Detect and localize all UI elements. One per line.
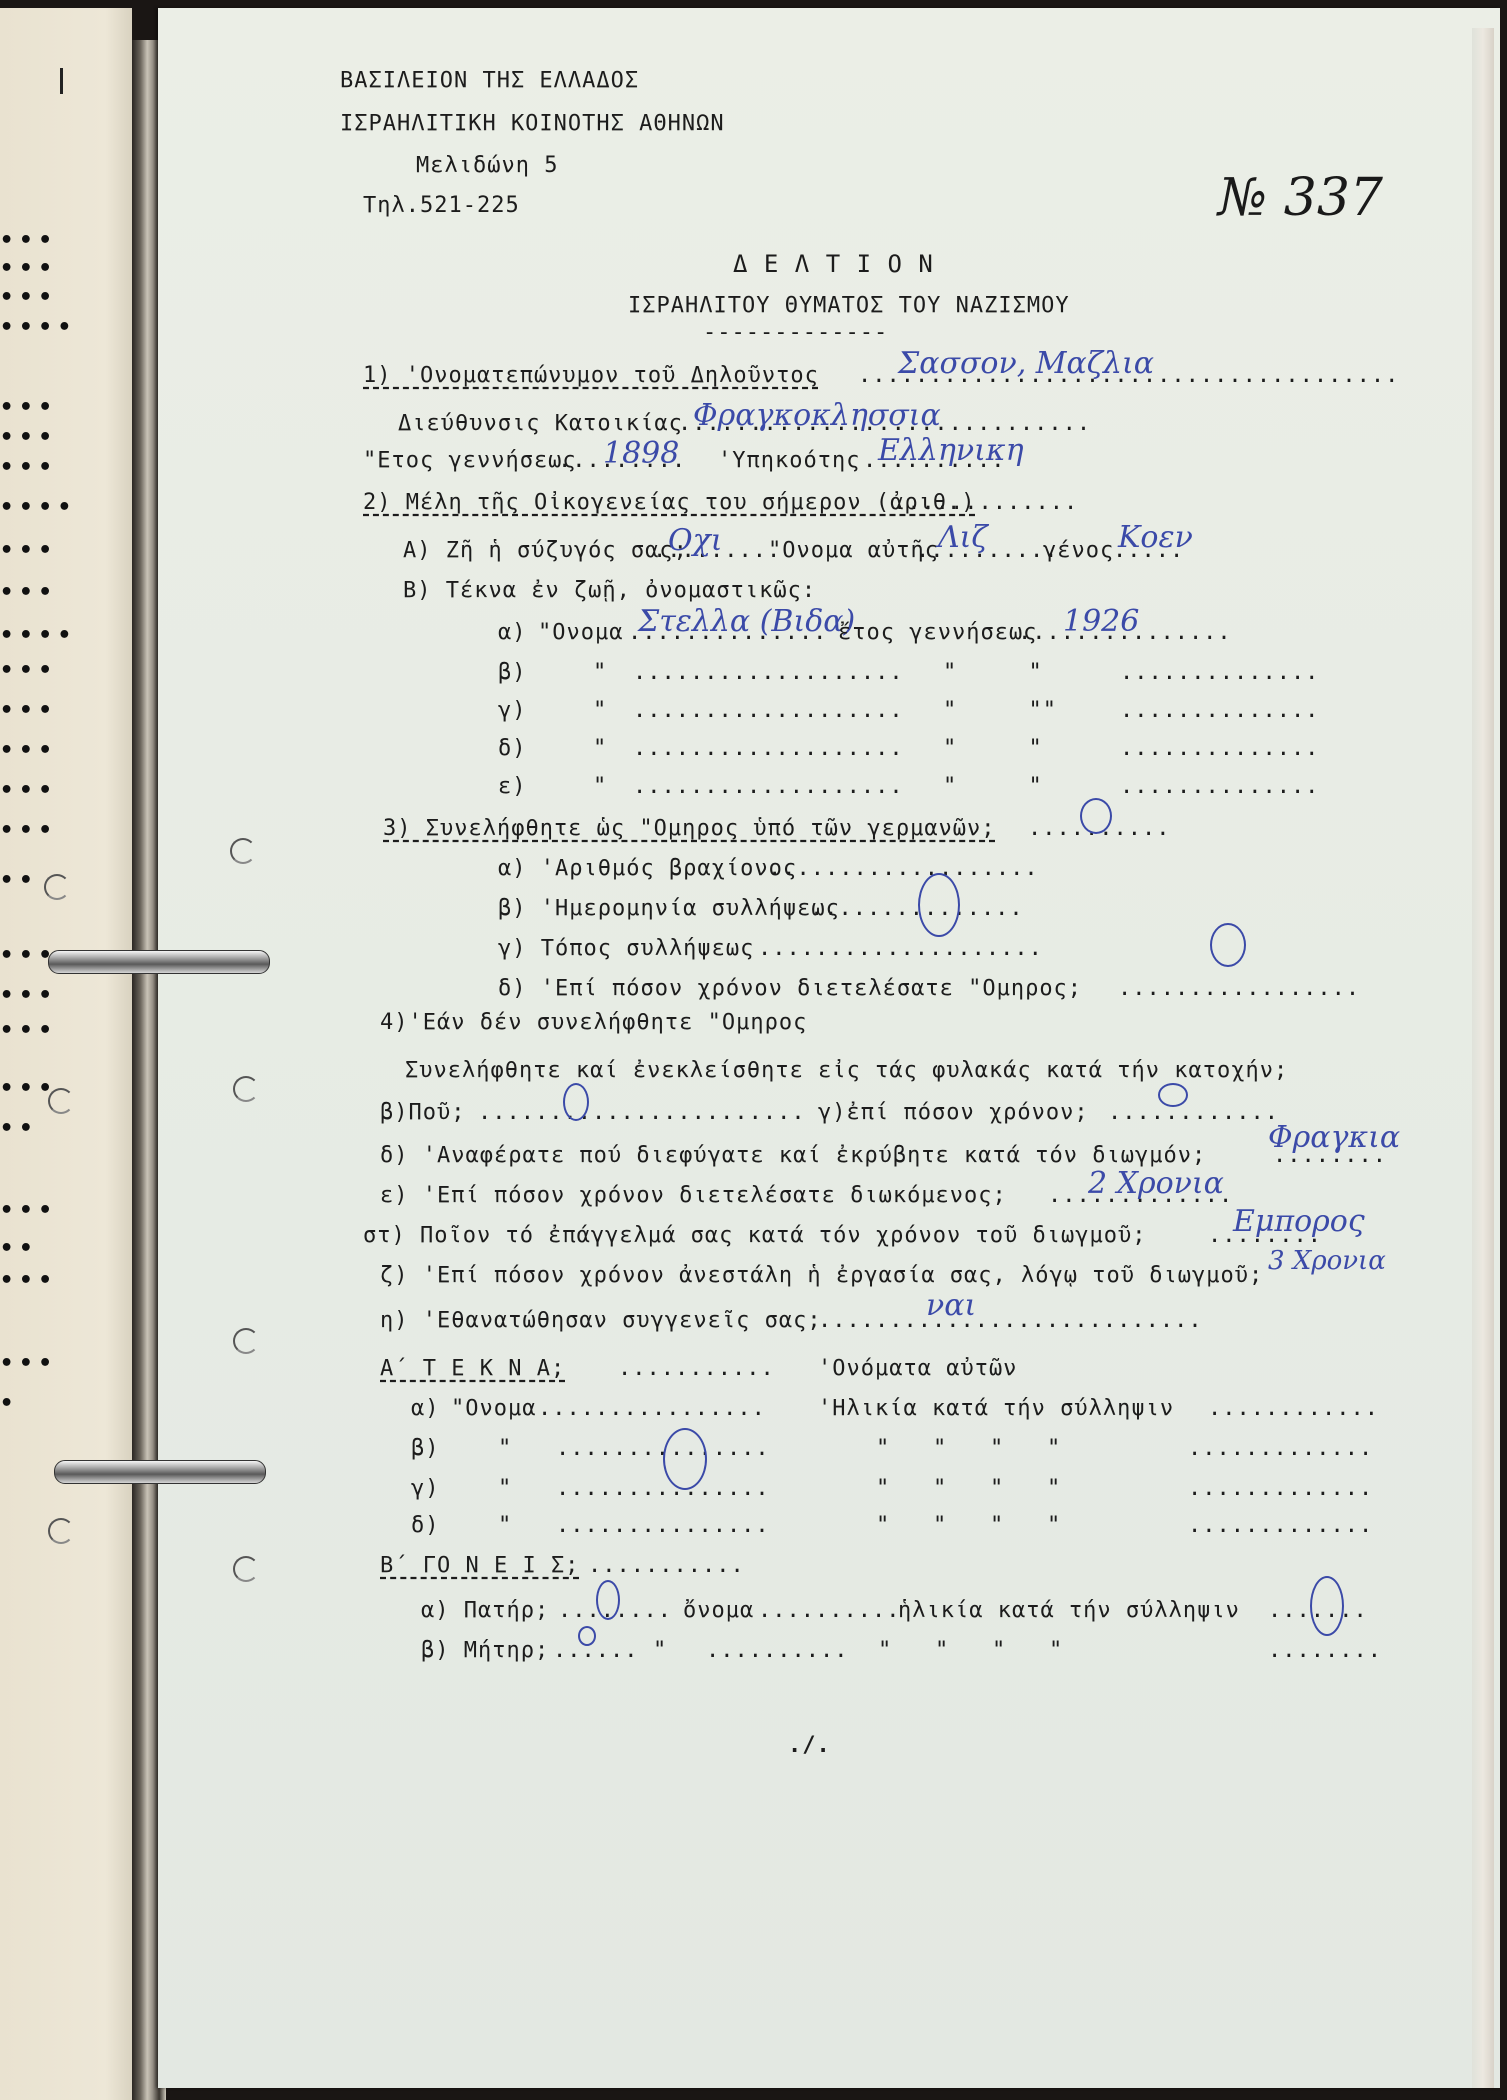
arrest-place-label: γ) Τόπος συλλήψεως: [498, 936, 754, 961]
dot-leader: •••: [0, 256, 58, 281]
dot-leader: ...........................: [818, 1308, 1203, 1333]
child-letter: δ): [498, 736, 527, 761]
maiden-name-value: Κοεν: [1118, 520, 1193, 555]
mother-label: β) Μήτηρ;: [421, 1638, 549, 1663]
children-section-label: Α΄ Τ Ε Κ Ν Α;: [380, 1356, 565, 1381]
dot-leader: ••: [0, 1116, 39, 1141]
dot-leader: •••: [0, 983, 58, 1008]
section2-label: 2) Μέλη τῆς Οἰκογενείας του σήμερον (ἀρι…: [363, 490, 976, 515]
row-letter: δ): [411, 1513, 440, 1538]
father-name-label: ὄνομα: [683, 1598, 754, 1623]
maiden-name-label: γένος: [1043, 538, 1114, 563]
where-label: β)Ποῦ;: [380, 1100, 465, 1125]
dot-leader: .............: [1188, 1513, 1373, 1538]
occupation-value: Εμπορος: [1233, 1204, 1365, 1239]
children-label: Β) Τέκνα ἐν ζωῇ, ὀνομαστικῶς:: [403, 578, 816, 603]
dot-leader: .............: [1188, 1436, 1373, 1461]
hostage-duration-label: δ) 'Επί πόσον χρόνον διετελέσατε "Ομηρος…: [498, 976, 1082, 1001]
ditto-marks: " " " ": [878, 1638, 1063, 1663]
dot-leader: •: [0, 1391, 19, 1416]
header-address: Μελιδώνη 5: [416, 153, 558, 178]
ditto-mark: " " " ": [876, 1476, 1061, 1501]
dot-leader: ..............: [1120, 698, 1319, 723]
dot-leader: ...............: [556, 1476, 770, 1501]
dot-leader: •••: [0, 778, 58, 803]
hostage-armband-label: α) 'Αριθμός βραχίονος: [498, 856, 797, 881]
punch-hole: [48, 1518, 74, 1544]
dot-leader: •••: [0, 285, 58, 310]
row-letter: α): [411, 1396, 440, 1421]
dot-leader: ..........: [706, 1638, 848, 1663]
duration-label: γ)ἐπί πόσον χρόνον;: [818, 1100, 1089, 1125]
dot-leader: •••: [0, 738, 58, 763]
ditto-mark: " " " ": [876, 1436, 1061, 1461]
null-mark-circle: [1210, 923, 1246, 967]
null-mark-circle: [1310, 1576, 1344, 1636]
imprisoned-question: Συνελήφθητε καί ἐνεκλείσθητε εἰς τάς φυλ…: [405, 1058, 1288, 1083]
persecution-duration-label: ε) 'Επί πόσον χρόνον διετελέσατε διωκόμε…: [380, 1183, 1007, 1208]
punch-hole: [230, 838, 256, 864]
declarant-name: Σασσον, Μαζλια: [898, 346, 1154, 381]
dot-leader: •••: [0, 580, 58, 605]
hiding-label: δ) 'Αναφέρατε πού διεφύγατε καί ἐκρύβητε…: [380, 1143, 1206, 1168]
ditto-mark: ": [498, 1513, 512, 1538]
dot-leader: .......................: [478, 1100, 806, 1125]
ditto-mark: ": [498, 1476, 512, 1501]
dot-leader: .............: [893, 490, 1078, 515]
address-value: Φραγκοκλησσια: [693, 398, 941, 433]
null-mark-circle: [596, 1580, 620, 1620]
dot-leader: ...................: [768, 856, 1039, 881]
binder-ring: [48, 950, 270, 974]
dot-leader: ...........: [618, 1356, 775, 1381]
dot-leader: ........: [1268, 1638, 1382, 1663]
dot-leader: ••••: [0, 495, 77, 520]
punch-hole: [233, 1556, 259, 1582]
dot-leader: •••: [0, 658, 58, 683]
dot-leader: ...............: [556, 1513, 770, 1538]
dot-leader: .................: [1118, 976, 1360, 1001]
dot-leader: •••: [0, 425, 58, 450]
section1-label: 1) 'Ονοματεπώνυμον τοῦ Δηλοῦντος: [363, 363, 819, 388]
ditto-mark: ": [593, 660, 607, 685]
section4-label: 4)'Εάν δέν συνελήφθητε "Ομηρος: [380, 1010, 807, 1035]
dot-leader: ...................: [633, 660, 904, 685]
citizenship-value: Ελληνικη: [878, 433, 1024, 468]
document-number: № 337: [1218, 168, 1383, 228]
dot-leader: ......: [553, 1638, 638, 1663]
null-mark-circle: [1158, 1083, 1188, 1107]
child-letter: γ): [498, 698, 527, 723]
ditto-mark: ": [498, 1436, 512, 1461]
age-label: ἡλικία κατά τήν σύλληψιν: [898, 1598, 1240, 1623]
null-mark-circle: [578, 1626, 596, 1646]
row-letter: γ): [411, 1476, 440, 1501]
document-title: Δ Ε Λ Τ Ι Ο Ν: [733, 250, 934, 278]
parents-section-label: Β΄ ΓΟ Ν Ε Ι Σ;: [380, 1553, 579, 1578]
child-name-value: Στελλα (Βιδα): [638, 604, 855, 639]
dot-leader: ............: [1108, 1100, 1279, 1125]
page-stack-edge: [1472, 28, 1494, 2088]
work-suspended-label: ζ) 'Επί πόσον χρόνον ἀνεστάλη ἡ ἐργασία …: [380, 1263, 1263, 1288]
spouse-name-value: Λιζ: [938, 520, 988, 555]
child-name-label: "Ονομα: [538, 620, 623, 645]
ditto-mark: " ": [943, 774, 1043, 799]
work-suspended-value: 3 Χρονια: [1268, 1246, 1386, 1276]
names-label: 'Ονόματα αὐτῶν: [818, 1356, 1017, 1381]
child-year-value: 1926: [1063, 604, 1139, 639]
row-letter: β): [411, 1436, 440, 1461]
child-year-label: ἔτος γεννήσεως: [838, 620, 1037, 645]
occupation-label: στ) Ποῖον τό ἐπάγγελμά σας κατά τόν χρόν…: [363, 1223, 1146, 1248]
ditto-mark: ": [593, 736, 607, 761]
dot-leader: ..............: [1120, 736, 1319, 761]
dot-leader: •••: [0, 1268, 58, 1293]
dot-leader: ...................: [633, 736, 904, 761]
dot-leader: ............: [1208, 1396, 1379, 1421]
dot-leader: ••: [0, 868, 39, 893]
age-at-arrest-label: 'Ηλικία κατά τήν σύλληψιν: [818, 1396, 1174, 1421]
spouse-alive-value: Οχι: [668, 523, 723, 558]
dot-leader: ..............: [1120, 774, 1319, 799]
dot-leader: .............: [1188, 1476, 1373, 1501]
null-mark-circle: [918, 873, 960, 937]
dot-leader: •••: [0, 455, 58, 480]
binder-ring: [54, 1460, 266, 1484]
dot-leader: ..........: [758, 1598, 900, 1623]
arrest-date-label: β) 'Ημερομηνία συλλήψεως: [498, 896, 840, 921]
punch-hole: [233, 1328, 259, 1354]
dot-leader: •••: [0, 1351, 58, 1376]
child-letter: β): [498, 660, 527, 685]
dot-leader: ................: [538, 1396, 766, 1421]
ink-mark: [60, 68, 63, 94]
child-letter: α): [498, 620, 527, 645]
form-page: ΒΑΣΙΛΕΙΟΝ ΤΗΣ ΕΛΛΑΔΟΣ ΙΣΡΑΗΛΙΤΙΚΗ ΚΟΙΝΟΤ…: [158, 8, 1500, 2088]
spouse-label: Α) Ζῆ ἡ σύζυγός σας;: [403, 538, 688, 563]
section3-label: 3) Συνελήφθητε ὡς "Ομηρος ὑπό τῶν γερμαν…: [383, 816, 996, 841]
spouse-name-label: "Ονομα αὐτῆς: [768, 538, 939, 563]
birth-year-label: "Ετος γεννήσεως: [363, 448, 577, 473]
ditto-mark: " ": [943, 736, 1043, 761]
null-mark-circle: [563, 1083, 589, 1121]
dot-leader: ••: [0, 1236, 39, 1261]
subtitle-rule: -------------: [703, 320, 888, 345]
persecution-duration-value: 2 Χρονια: [1088, 1166, 1224, 1201]
continuation-mark: ./.: [788, 1733, 831, 1758]
child-letter: ε): [498, 774, 527, 799]
dot-leader: •••: [0, 698, 58, 723]
citizenship-label: 'Υπηκοότης: [718, 448, 860, 473]
header-community: ΙΣΡΑΗΛΙΤΙΚΗ ΚΟΙΝΟΤΗΣ ΑΘΗΝΩΝ: [340, 111, 725, 136]
dot-leader: •••: [0, 818, 58, 843]
punch-hole: [44, 874, 70, 900]
dot-leader: ••••: [0, 623, 77, 648]
dot-leader: ...................: [633, 698, 904, 723]
hiding-value: Φραγκια: [1268, 1120, 1400, 1155]
document-subtitle: ΙΣΡΑΗΛΙΤΟΥ ΘΥΜΑΤΟΣ ΤΟΥ ΝΑΖΙΣΜΟΥ: [628, 293, 1070, 318]
dot-leader: •••: [0, 1018, 58, 1043]
punch-hole: [233, 1076, 259, 1102]
ditto-mark: " "": [943, 698, 1057, 723]
dot-leader: •••: [0, 395, 58, 420]
null-mark-circle: [1080, 798, 1112, 834]
dot-leader: ••••: [0, 315, 77, 340]
relatives-killed-label: η) 'Εθανατώθησαν συγγενεῖς σας;: [380, 1308, 822, 1333]
ditto-mark: ": [593, 774, 607, 799]
header-kingdom: ΒΑΣΙΛΕΙΟΝ ΤΗΣ ΕΛΛΑΔΟΣ: [340, 68, 639, 93]
header-phone: Τηλ.521-225: [363, 193, 520, 218]
name-label: "Ονομα: [451, 1396, 536, 1421]
ditto-mark: " ": [943, 660, 1043, 685]
address-label: Διεύθυνσις Κατοικίας: [398, 411, 683, 436]
dot-leader: ...........: [588, 1553, 745, 1578]
relatives-killed-value: ναι: [926, 1288, 976, 1323]
ditto-mark: ": [593, 698, 607, 723]
ditto-mark: " " " ": [876, 1513, 1061, 1538]
birth-year-value: 1898: [603, 436, 679, 471]
punch-hole: [48, 1088, 74, 1114]
dot-leader: ..............: [1120, 660, 1319, 685]
dot-leader: •••: [0, 1198, 58, 1223]
left-page: ••• ••• ••• •••• ••• ••• ••• •••• ••• ••…: [0, 8, 132, 2100]
dot-leader: ...............: [810, 896, 1024, 921]
father-label: α) Πατήρ;: [421, 1598, 549, 1623]
dot-leader: ...................: [633, 774, 904, 799]
dot-leader: •••: [0, 538, 58, 563]
dot-leader: •••: [0, 228, 58, 253]
dot-leader: ....................: [758, 936, 1043, 961]
ditto-mark: ": [653, 1638, 667, 1663]
